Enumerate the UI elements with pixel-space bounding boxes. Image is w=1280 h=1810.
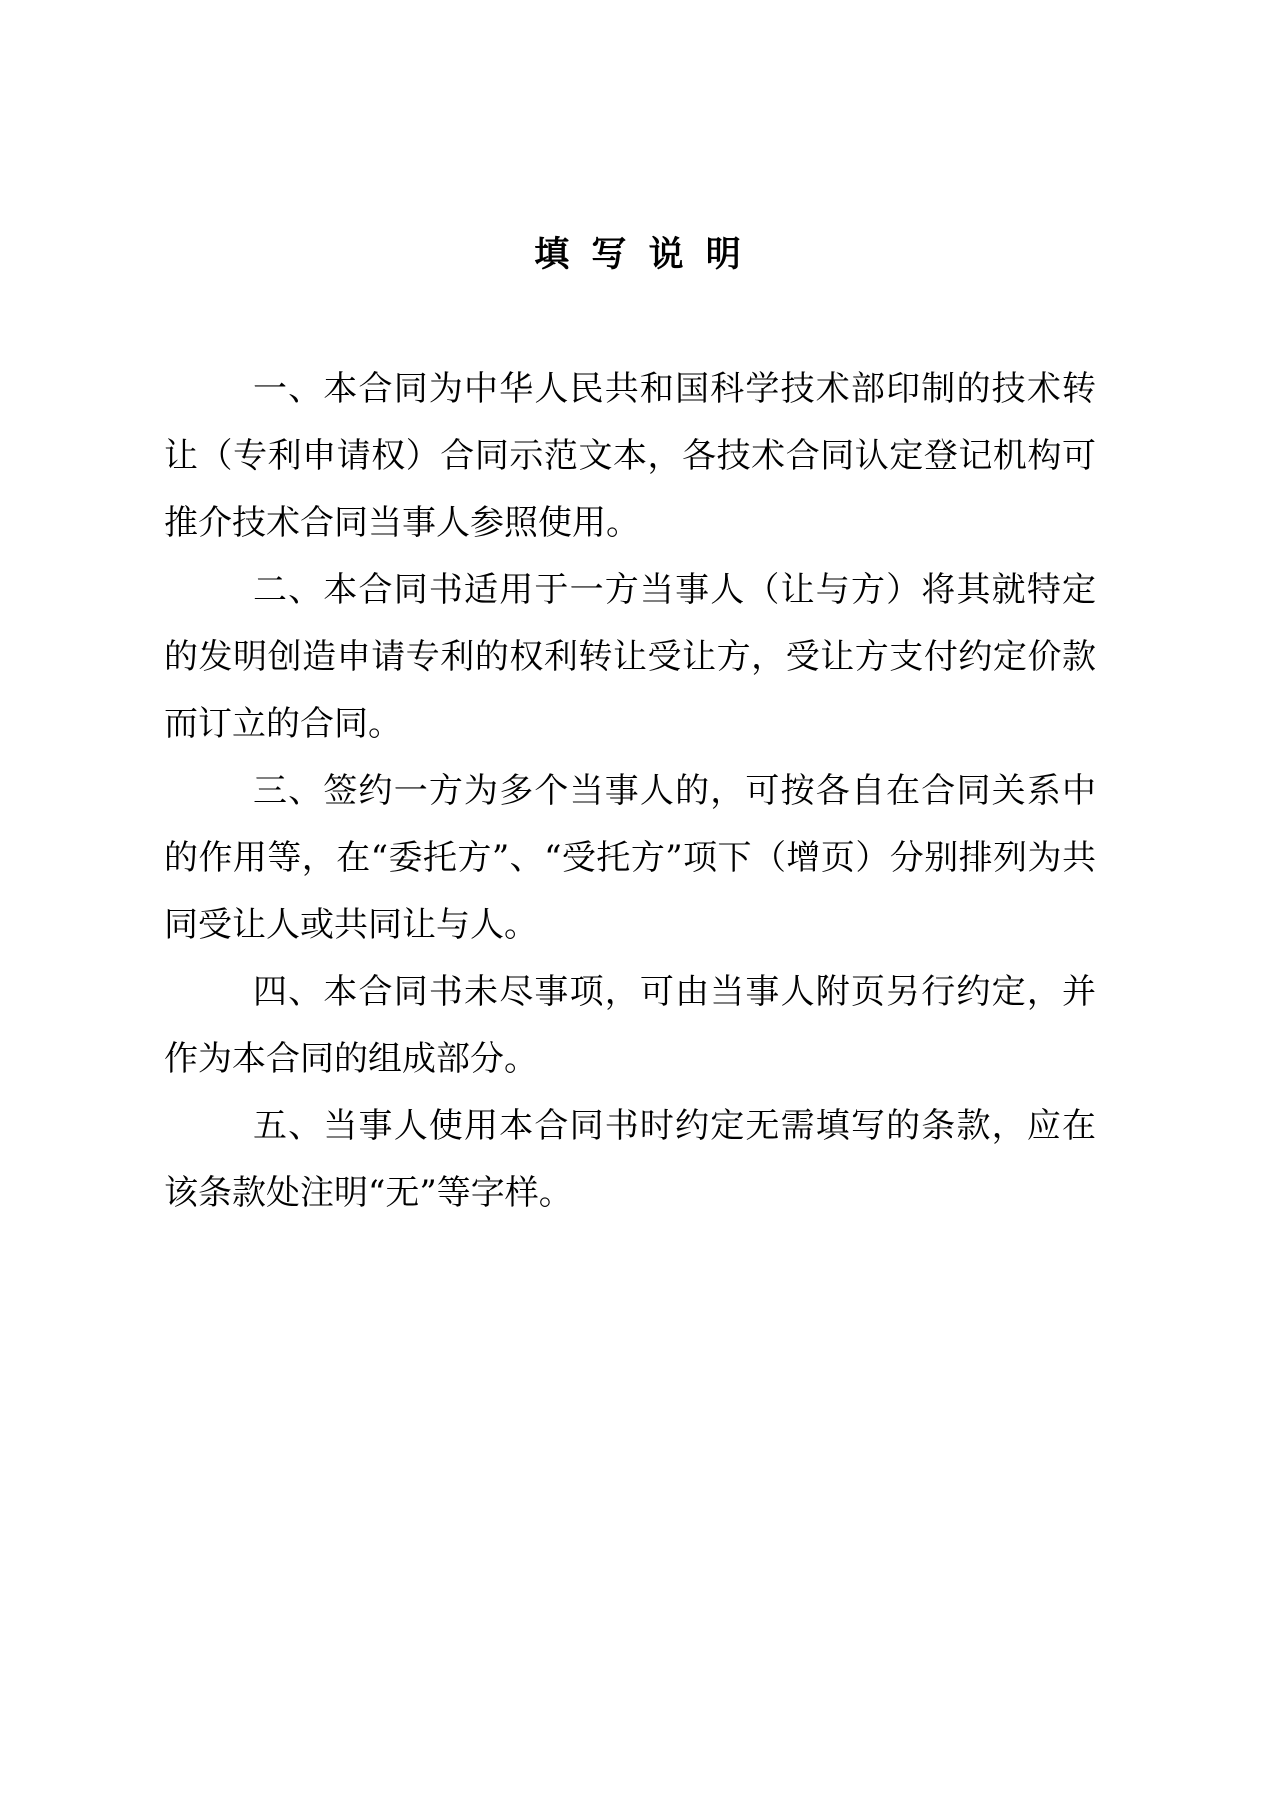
- page-title: 填 写 说 明: [0, 236, 1280, 274]
- document-page: 填 写 说 明 一、本合同为中华人民共和国科学技术部印制的技术转让（专利申请权）…: [0, 0, 1280, 1810]
- instruction-item-1: 一、本合同为中华人民共和国科学技术部印制的技术转让（专利申请权）合同示范文本，各…: [164, 356, 1096, 557]
- instruction-item-4: 四、本合同书未尽事项，可由当事人附页另行约定，并作为本合同的组成部分。: [164, 959, 1096, 1093]
- instruction-item-3: 三、签约一方为多个当事人的，可按各自在合同关系中的作用等，在“委托方”、“受托方…: [164, 758, 1096, 959]
- instructions-body: 一、本合同为中华人民共和国科学技术部印制的技术转让（专利申请权）合同示范文本，各…: [164, 356, 1096, 1227]
- instruction-item-2: 二、本合同书适用于一方当事人（让与方）将其就特定的发明创造申请专利的权利转让受让…: [164, 557, 1096, 758]
- instruction-item-5: 五、当事人使用本合同书时约定无需填写的条款，应在该条款处注明“无”等字样。: [164, 1093, 1096, 1227]
